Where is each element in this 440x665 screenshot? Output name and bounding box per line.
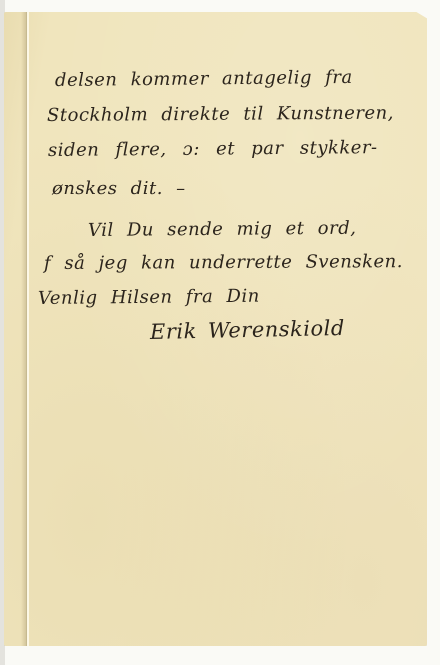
letter-line: Stockholm direkte til Kunstneren, [47,103,394,126]
signature: Erik Werenskiold [150,316,345,344]
letter-paper: delsen kommer antagelig fra Stockholm di… [4,12,427,646]
letter-line: ønskes dit. – [52,178,186,199]
letter-body: delsen kommer antagelig fra Stockholm di… [4,12,427,646]
letter-line: siden flere, ɔ: et par stykker- [48,137,378,161]
letter-line: Vil Du sende mig et ord, [88,218,357,241]
letter-line: f så jeg kan underrette Svensken. [44,251,403,274]
letter-line: Venlig Hilsen fra Din [38,286,260,309]
scanned-letter-page: { "page": { "description": "Scanned hand… [0,0,440,665]
letter-line: delsen kommer antagelig fra [55,67,353,91]
